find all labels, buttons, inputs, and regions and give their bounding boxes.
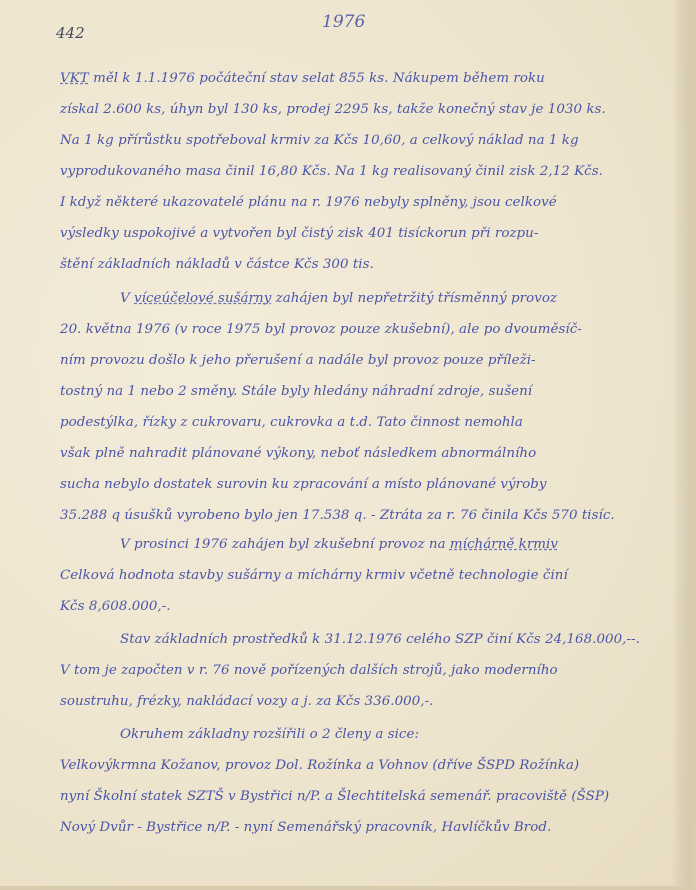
paragraph-2-line-7: sucha nebylo dostatek surovin ku zpracov… xyxy=(60,476,546,494)
paragraph-2-line-8: 35.288 q úsušků vyrobeno bylo jen 17.538… xyxy=(60,507,615,525)
paragraph-5-line-1: Okruhem základny rozšířili o 2 členy a s… xyxy=(120,726,419,744)
paragraph-1-line-1: VKT měl k 1.1.1976 počáteční stav selat … xyxy=(60,70,545,88)
paragraph-1-line-7: štění základních nákladů v částce Kčs 30… xyxy=(60,256,374,274)
page-edge-bottom xyxy=(0,886,696,890)
paragraph-2-line-3: ním provozu došlo k jeho přerušení a nad… xyxy=(60,352,536,370)
paragraph-1-line-4: vyprodukovaného masa činil 16,80 Kčs. Na… xyxy=(60,163,603,181)
page-edge-right xyxy=(690,0,696,890)
paragraph-2-line-4: tostný na 1 nebo 2 směny. Stále byly hle… xyxy=(60,383,532,401)
year-heading: 1976 xyxy=(322,12,365,32)
paragraph-1-line-3: Na 1 kg přírůstku spotřeboval krmiv za K… xyxy=(60,132,579,150)
underlined-heading-vkt: VKT xyxy=(60,71,89,86)
page-number: 442 xyxy=(56,24,85,42)
paragraph-2-line-5: podestýlka, řízky z cukrovaru, cukrovka … xyxy=(60,414,523,432)
line-text: měl k 1.1.1976 počáteční stav selat 855 … xyxy=(89,71,545,86)
paragraph-1-line-6: výsledky uspokojivé a vytvořen byl čistý… xyxy=(60,225,538,243)
underlined-heading-drying-plant: víceúčelové sušárny xyxy=(134,291,271,306)
paragraph-2-line-6: však plně nahradit plánované výkony, neb… xyxy=(60,445,536,463)
paragraph-4-line-2: V tom je započten v r. 76 nově pořízenýc… xyxy=(60,662,558,680)
underlined-heading-feed-mill: míchárně krmiv xyxy=(450,537,558,552)
paragraph-5-line-2: Velkovýkrmna Kožanov, provoz Dol. Rožínk… xyxy=(60,757,579,775)
paragraph-1-line-5: I když některé ukazovatelé plánu na r. 1… xyxy=(60,194,557,212)
line-prefix: V prosinci 1976 zahájen byl zkušební pro… xyxy=(120,537,450,552)
paragraph-1-line-2: získal 2.600 ks, úhyn byl 130 ks, prodej… xyxy=(60,101,606,119)
handwritten-chronicle-page: 442 1976 VKT měl k 1.1.1976 počáteční st… xyxy=(0,0,696,890)
paragraph-4-line-1: Stav základních prostředků k 31.12.1976 … xyxy=(120,631,640,649)
paragraph-2-line-2: 20. května 1976 (v roce 1975 byl provoz … xyxy=(60,321,582,339)
paragraph-5-line-4: Nový Dvůr - Bystřice n/P. - nyní Semenář… xyxy=(60,819,551,837)
paragraph-3-line-1: V prosinci 1976 zahájen byl zkušební pro… xyxy=(120,536,558,554)
paragraph-2-line-1: V víceúčelové sušárny zahájen byl nepřet… xyxy=(120,290,557,308)
paragraph-5-line-3: nyní Školní statek SZTŠ v Bystřici n/P. … xyxy=(60,788,609,806)
paragraph-3-line-2: Celková hodnota stavby sušárny a míchárn… xyxy=(60,567,568,585)
line-prefix: V xyxy=(120,291,134,306)
paragraph-3-line-3: Kčs 8,608.000,-. xyxy=(60,598,171,616)
paragraph-4-line-3: soustruhu, frézky, nakládací vozy a j. z… xyxy=(60,693,433,711)
line-text: zahájen byl nepřetržitý třísměnný provoz xyxy=(271,291,557,306)
